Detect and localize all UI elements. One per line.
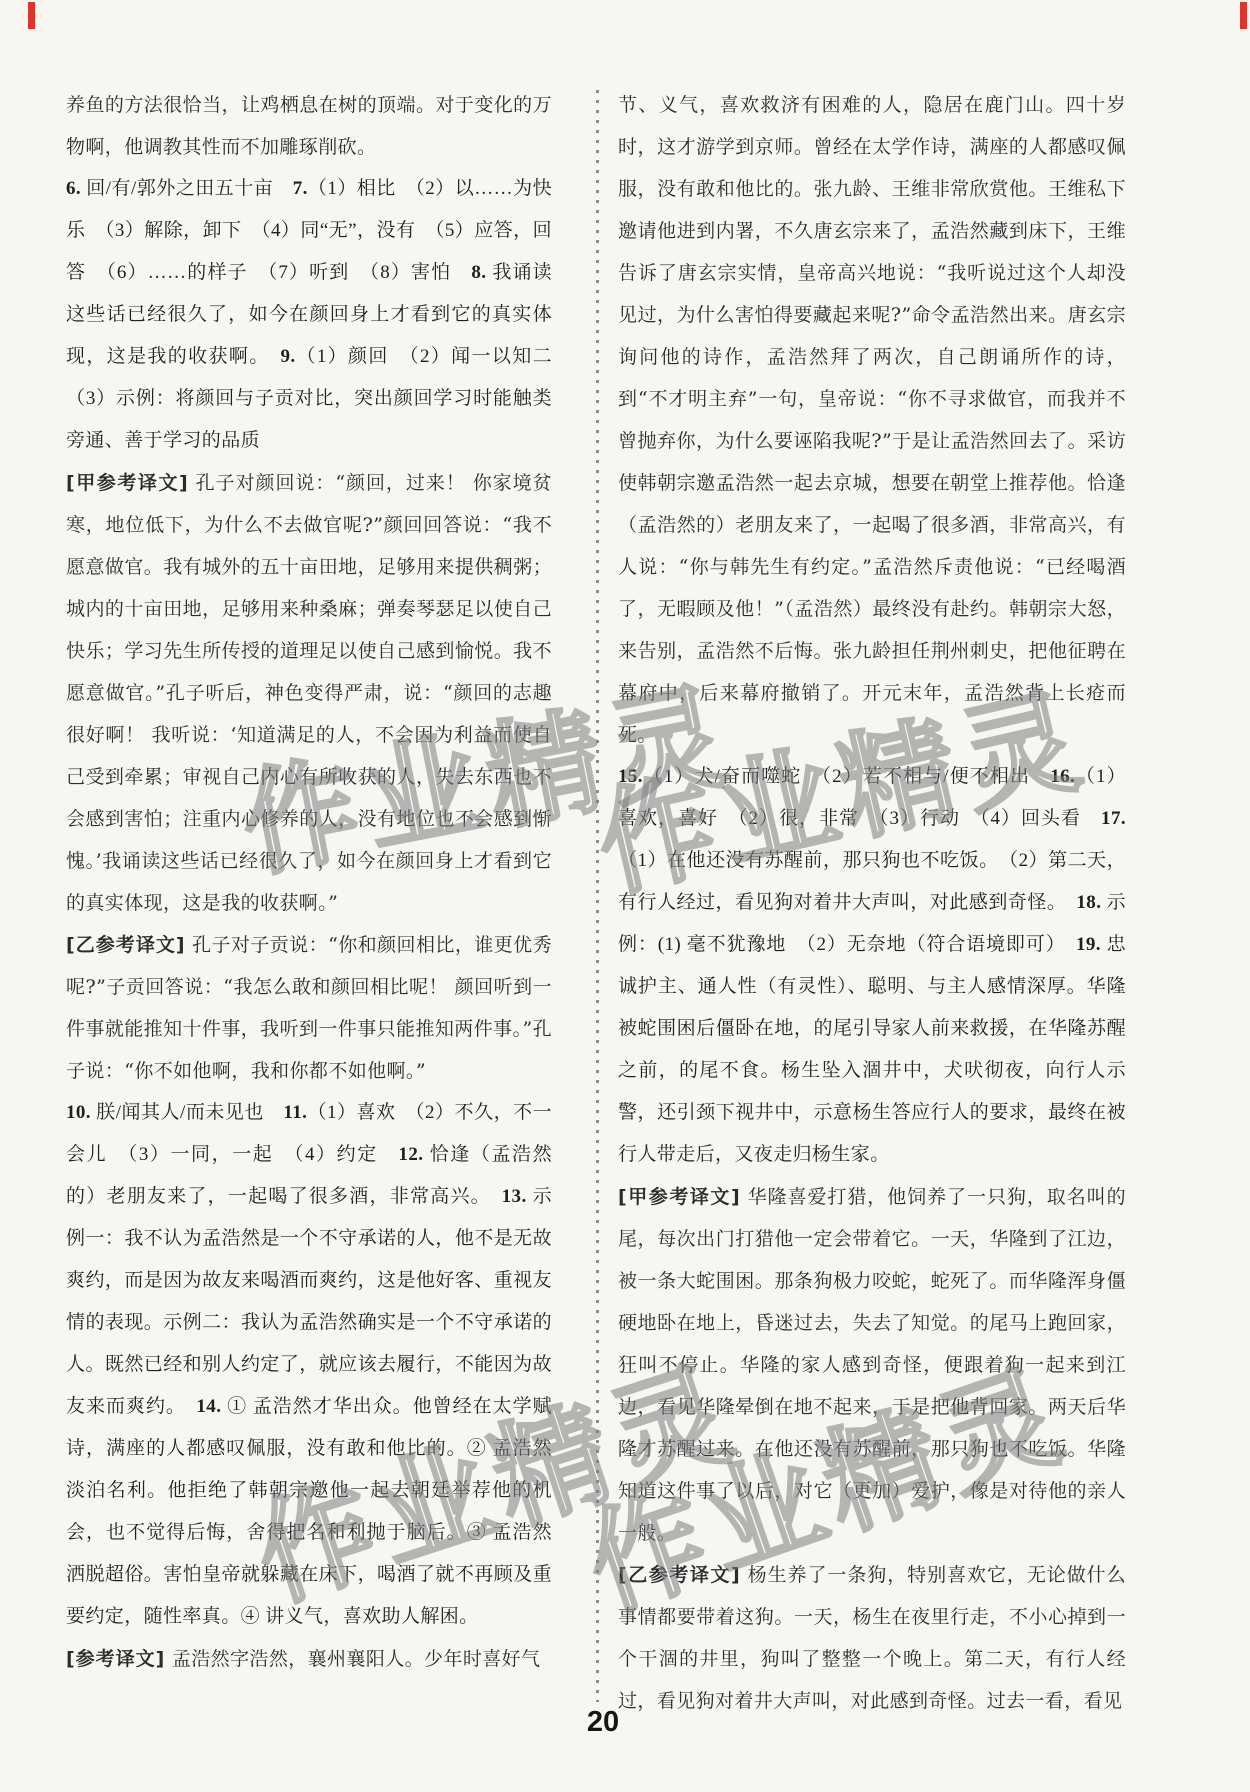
bold-label: 6. (66, 178, 81, 199)
answer-paragraph: 15.（1）犬/奋而噬蛇 （2）若不相与/便不相出 16.（1）喜欢，喜好 （2… (618, 756, 1126, 1176)
bold-label: [参考译文] (66, 1648, 165, 1670)
text-run: 朕/闻其人/而未见也 (91, 1102, 283, 1123)
answer-paragraph: 10. 朕/闻其人/而未见也 11.（1）喜欢 （2）不久，不一会儿 （3）一同… (66, 1092, 552, 1638)
text-run: 杨生养了一条狗，特别喜欢它，无论做什么事情都要带着这狗。一天，杨生在夜里行走，不… (618, 1564, 1126, 1712)
bold-label: [甲参考译文] (618, 1186, 741, 1208)
translation-paragraph: 节、义气，喜欢救济有困难的人，隐居在鹿门山。四十岁时，这才游学到京师。曾经在太学… (618, 84, 1126, 756)
red-registration-mark-left (28, 2, 35, 29)
translation-paragraph: [甲参考译文] 华隆喜爱打猎，他饲养了一只狗，取名叫的尾，每次出门打猎他一定会带… (618, 1176, 1126, 1554)
text-run: 华隆喜爱打猎，他饲养了一只狗，取名叫的尾，每次出门打猎他一定会带着它。一天，华隆… (618, 1186, 1126, 1544)
translation-paragraph: 养鱼的方法很恰当，让鸡栖息在树的顶端。对于变化的万物啊，他调教其性而不加雕琢削砍… (66, 84, 552, 168)
bold-label: 7. (293, 178, 308, 199)
bold-label: 18. (1076, 892, 1101, 913)
bold-label: 19. (1076, 934, 1101, 955)
left-text-column: 养鱼的方法很恰当，让鸡栖息在树的顶端。对于变化的万物啊，他调教其性而不加雕琢削砍… (66, 84, 552, 1680)
text-run: 孟浩然字浩然，襄州襄阳人。少年时喜好气 (165, 1648, 540, 1670)
translation-paragraph: [乙参考译文] 杨生养了一条狗，特别喜欢它，无论做什么事情都要带着这狗。一天，杨… (618, 1554, 1126, 1722)
answer-paragraph: 6. 回/有/郭外之田五十亩 7.（1）相比 （2）以……为快乐 （3）解除，卸… (66, 168, 552, 462)
text-run: （1）在他还没有苏醒前，那只狗也不吃饭。 （2）第二天，有行人经过，看见狗对着井… (618, 850, 1126, 913)
text-run: 节、义气，喜欢救济有困难的人，隐居在鹿门山。四十岁时，这才游学到京师。曾经在太学… (618, 94, 1126, 746)
bold-label: 10. (66, 1102, 91, 1123)
bold-label: [乙参考译文] (618, 1564, 741, 1586)
text-run: 忠诚护主、通人性（有灵性）、聪明、与主人感情深厚。华隆被蛇围困后僵卧在地，的尾引… (618, 934, 1126, 1165)
bold-label: 9. (280, 346, 295, 367)
bold-label: 8. (471, 262, 486, 283)
text-run: 孔子对子贡说：“你和颜回相比，谁更优秀呢?”子贡回答说：“我怎么敢和颜回相比呢！… (66, 934, 552, 1082)
bold-label: 16. (1050, 766, 1075, 787)
text-run: 孔子对颜回说：“颜回，过来！ 你家境贫寒，地位低下，为什么不去做官呢?”颜回回答… (66, 472, 552, 914)
translation-paragraph: [乙参考译文] 孔子对子贡说：“你和颜回相比，谁更优秀呢?”子贡回答说：“我怎么… (66, 924, 552, 1092)
column-divider-dotted-line (596, 90, 599, 1702)
bold-label: 11. (283, 1102, 307, 1123)
bold-label: [甲参考译文] (66, 472, 189, 494)
bold-label: 12. (398, 1144, 423, 1165)
text-run: 示例一：我不认为孟浩然是一个不守承诺的人，他不是无故爽约，而是因为故友来喝酒而爽… (66, 1186, 552, 1417)
text-run: 回/有/郭外之田五十亩 (81, 178, 293, 199)
translation-paragraph: [甲参考译文] 孔子对颜回说：“颜回，过来！ 你家境贫寒，地位低下，为什么不去做… (66, 462, 552, 924)
translation-paragraph: [参考译文] 孟浩然字浩然，襄州襄阳人。少年时喜好气 (66, 1638, 552, 1680)
bold-label: 13. (502, 1186, 527, 1207)
page-number: 20 (573, 1706, 633, 1739)
bold-label: 15. (618, 766, 643, 787)
text-run: （1）犬/奋而噬蛇 （2）若不相与/便不相出 (643, 766, 1050, 787)
red-registration-mark-right (1240, 2, 1247, 29)
text-run: 养鱼的方法很恰当，让鸡栖息在树的顶端。对于变化的万物啊，他调教其性而不加雕琢削砍… (66, 94, 552, 158)
right-text-column: 节、义气，喜欢救济有困难的人，隐居在鹿门山。四十岁时，这才游学到京师。曾经在太学… (618, 84, 1126, 1722)
workbook-answer-page: 养鱼的方法很恰当，让鸡栖息在树的顶端。对于变化的万物啊，他调教其性而不加雕琢削砍… (0, 0, 1250, 1792)
bold-label: 14. (196, 1396, 221, 1417)
bold-label: 17. (1101, 808, 1126, 829)
bold-label: [乙参考译文] (66, 934, 186, 956)
text-run: ① 孟浩然才华出众。他曾经在太学赋诗，满座的人都感叹佩服，没有敢和他比的。② 孟… (66, 1396, 552, 1627)
